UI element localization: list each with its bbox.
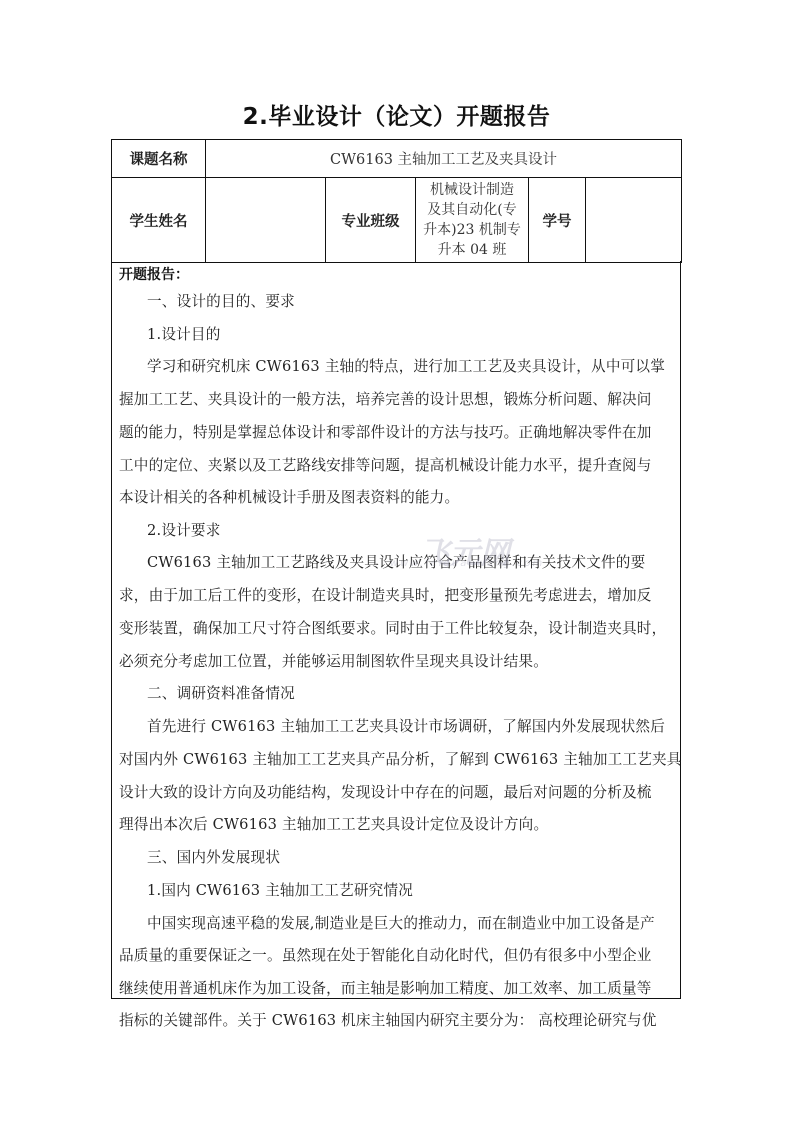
report-line: 继续使用普通机床作为加工设备，而主轴是影响加工精度、加工效率、加工质量等 — [119, 977, 675, 998]
student-id-value — [586, 178, 682, 263]
report-line: 本设计相关的各种机械设计手册及图表资料的能力。 — [119, 486, 675, 507]
report-line: 品质量的重要保证之一。虽然现在处于智能化自动化时代，但仍有很多中小型企业 — [119, 944, 675, 965]
report-line: 三、国内外发展现状 — [147, 846, 675, 867]
report-line: 1.设计目的 — [147, 323, 675, 344]
topic-value: CW6163 主轴加工工艺及夹具设计 — [206, 140, 682, 178]
report-line: 设计大致的设计方向及功能结构，发现设计中存在的问题，最后对问题的分析及梳 — [119, 781, 675, 802]
major-class-line: 升本)23 机制专 — [420, 220, 524, 240]
report-line: 握加工工艺、夹具设计的一般方法，培养完善的设计思想，锻炼分析问题、解决问 — [119, 388, 675, 409]
report-line: 一、设计的目的、要求 — [147, 290, 675, 311]
report-line: 变形装置，确保加工尺寸符合图纸要求。同时由于工件比较复杂，设计制造夹具时， — [119, 617, 675, 638]
report-section: 开题报告： 一、设计的目的、要求1.设计目的学习和研究机床 CW6163 主轴的… — [111, 261, 681, 999]
report-line: 题的能力，特别是掌握总体设计和零部件设计的方法与技巧。正确地解决零件在加 — [119, 421, 675, 442]
report-line: 中国实现高速平稳的发展,制造业是巨大的推动力，而在制造业中加工设备是产 — [147, 912, 675, 933]
major-class-label: 专业班级 — [326, 178, 416, 263]
major-class-line: 升本 04 班 — [420, 240, 524, 260]
student-name-label: 学生姓名 — [112, 178, 206, 263]
report-line: 理得出本次后 CW6163 主轴加工工艺夹具设计定位及设计方向。 — [119, 813, 675, 834]
topic-row: 课题名称 CW6163 主轴加工工艺及夹具设计 — [112, 140, 682, 178]
report-line: CW6163 主轴加工工艺路线及夹具设计应符合产品图样和有关技术文件的要 — [147, 551, 675, 572]
report-line: 1.国内 CW6163 主轴加工工艺研究情况 — [147, 879, 675, 900]
report-line: 对国内外 CW6163 主轴加工工艺夹具产品分析，了解到 CW6163 主轴加工… — [119, 748, 675, 769]
report-line: 学习和研究机床 CW6163 主轴的特点，进行加工工艺及夹具设计，从中可以掌 — [147, 355, 675, 376]
report-line: 2.设计要求 — [147, 519, 675, 540]
student-row: 学生姓名 专业班级 机械设计制造 及其自动化(专 升本)23 机制专 升本 04… — [112, 178, 682, 263]
report-line: 必须充分考虑加工位置，并能够运用制图软件呈现夹具设计结果。 — [119, 650, 675, 671]
student-name-value — [206, 178, 326, 263]
topic-label: 课题名称 — [112, 140, 206, 178]
report-line: 指标的关键部件。关于 CW6163 机床主轴国内研究主要分为： 高校理论研究与优 — [119, 1009, 675, 1030]
report-heading: 开题报告： — [119, 264, 189, 284]
report-line: 二、调研资料准备情况 — [147, 682, 675, 703]
page-title: 2.毕业设计（论文）开题报告 — [0, 98, 793, 131]
report-line: 首先进行 CW6163 主轴加工工艺夹具设计市场调研，了解国内外发展现状然后 — [147, 715, 675, 736]
major-class-value: 机械设计制造 及其自动化(专 升本)23 机制专 升本 04 班 — [416, 178, 529, 263]
major-class-line: 机械设计制造 — [420, 180, 524, 200]
student-id-label: 学号 — [529, 178, 586, 263]
report-line: 工中的定位、夹紧以及工艺路线安排等问题，提高机械设计能力水平，提升查阅与 — [119, 454, 675, 475]
major-class-line: 及其自动化(专 — [420, 200, 524, 220]
report-line: 求，由于加工后工件的变形，在设计制造夹具时，把变形量预先考虑进去，增加反 — [119, 584, 675, 605]
info-table: 课题名称 CW6163 主轴加工工艺及夹具设计 学生姓名 专业班级 机械设计制造… — [111, 139, 682, 263]
